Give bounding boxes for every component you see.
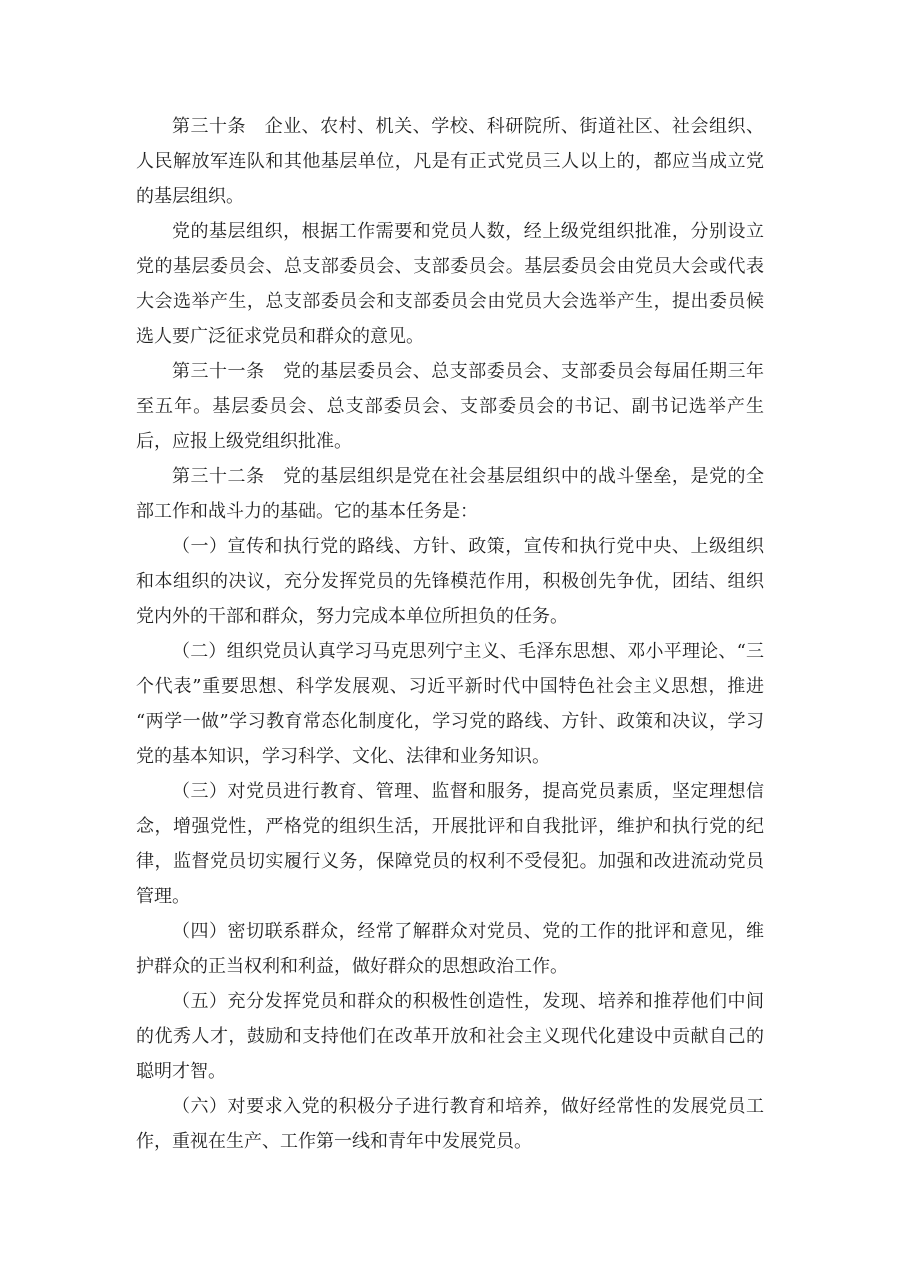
paragraph-article-30-cont: 党的基层组织，根据工作需要和党员人数，经上级党组织批准，分别设立党的基层委员会、… bbox=[136, 214, 764, 354]
document-body: 第三十条 企业、农村、机关、学校、科研院所、街道社区、社会组织、人民解放军连队和… bbox=[136, 109, 764, 1159]
paragraph-article-31: 第三十一条 党的基层委员会、总支部委员会、支部委员会每届任期三年至五年。基层委员… bbox=[136, 354, 764, 459]
paragraph-task-2: （二）组织党员认真学习马克思列宁主义、毛泽东思想、邓小平理论、“三个代表”重要思… bbox=[136, 634, 764, 774]
document-page: 第三十条 企业、农村、机关、学校、科研院所、街道社区、社会组织、人民解放军连队和… bbox=[0, 0, 900, 1272]
paragraph-article-30: 第三十条 企业、农村、机关、学校、科研院所、街道社区、社会组织、人民解放军连队和… bbox=[136, 109, 764, 214]
paragraph-task-1: （一）宣传和执行党的路线、方针、政策，宣传和执行党中央、上级组织和本组织的决议，… bbox=[136, 529, 764, 634]
paragraph-task-6: （六）对要求入党的积极分子进行教育和培养，做好经常性的发展党员工作，重视在生产、… bbox=[136, 1089, 764, 1159]
paragraph-article-32: 第三十二条 党的基层组织是党在社会基层组织中的战斗堡垒，是党的全部工作和战斗力的… bbox=[136, 459, 764, 529]
paragraph-task-3: （三）对党员进行教育、管理、监督和服务，提高党员素质，坚定理想信念，增强党性，严… bbox=[136, 774, 764, 914]
paragraph-task-5: （五）充分发挥党员和群众的积极性创造性，发现、培养和推荐他们中间的优秀人才，鼓励… bbox=[136, 984, 764, 1089]
paragraph-task-4: （四）密切联系群众，经常了解群众对党员、党的工作的批评和意见，维护群众的正当权利… bbox=[136, 914, 764, 984]
